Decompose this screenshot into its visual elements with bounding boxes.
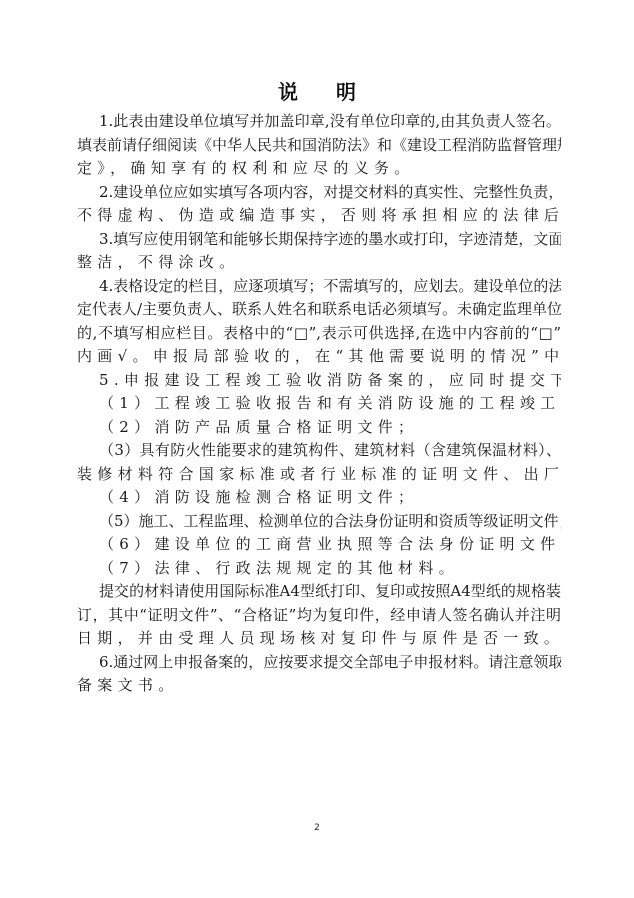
list-item-3-line-1: （3）具有防火性能要求的建筑构件、建筑材料（含建筑保温材料）、 — [77, 439, 561, 463]
document-page: 说明 1.此表由建设单位填写并加盖印章,没有单位印章的,由其负责人签名。 填表前… — [0, 0, 634, 898]
paragraph-4-line-4: 内画√。申报局部验收的，在“其他需要说明的情况”中注明。 — [77, 345, 561, 369]
submission-note-line-3: 日期，并由受理人员现场核对复印件与原件是否一致。 — [77, 627, 561, 651]
list-item-7: （7）法律、行政法规规定的其他材料。 — [77, 557, 561, 581]
paragraph-4-line-2: 定代表人/主要负责人、联系人姓名和联系电话必须填写。未确定监理单位 — [77, 298, 561, 322]
paragraph-3-line-2: 整洁，不得涂改。 — [77, 251, 561, 275]
paragraph-1-line-3: 定》，确知享有的权利和应尽的义务。 — [77, 157, 561, 181]
paragraph-1-line-1: 1.此表由建设单位填写并加盖印章,没有单位印章的,由其负责人签名。 — [77, 110, 561, 134]
list-item-3-line-2: 装修材料符合国家标准或者行业标准的证明文件、出厂合格证； — [77, 463, 561, 487]
paragraph-6-line-1: 6.通过网上申报备案的，应按要求提交全部电子申报材料。请注意领取 — [77, 651, 561, 675]
list-item-2: （2）消防产品质量合格证明文件； — [77, 416, 561, 440]
paragraph-1-line-2: 填表前请仔细阅读《中华人民共和国消防法》和《建设工程消防监督管理规 — [77, 134, 561, 158]
list-item-1: （1）工程竣工验收报告和有关消防设施的工程竣工图纸； — [77, 392, 561, 416]
paragraph-6-line-2: 备案文书。 — [77, 674, 561, 698]
page-number: 2 — [0, 823, 634, 833]
paragraph-4-line-1: 4.表格设定的栏目，应逐项填写；不需填写的，应划去。建设单位的法 — [77, 275, 561, 299]
instructions-body: 1.此表由建设单位填写并加盖印章,没有单位印章的,由其负责人签名。 填表前请仔细… — [77, 110, 561, 698]
paragraph-3-line-1: 3.填写应使用钢笔和能够长期保持字迹的墨水或打印，字迹清楚，文面 — [77, 228, 561, 252]
list-item-4: （4）消防设施检测合格证明文件； — [77, 486, 561, 510]
paragraph-5-heading: 5.申报建设工程竣工验收消防备案的，应同时提交下列材料： — [77, 369, 561, 393]
paragraph-2-line-1: 2.建设单位应如实填写各项内容，对提交材料的真实性、完整性负责， — [77, 181, 561, 205]
paragraph-2-line-2: 不得虚构、伪造或编造事实，否则将承担相应的法律后果。 — [77, 204, 561, 228]
submission-note-line-1: 提交的材料请使用国际标准A4型纸打印、复印或按照A4型纸的规格装 — [77, 580, 561, 604]
page-title: 说明 — [0, 76, 634, 105]
submission-note-line-2: 订，其中“证明文件”、“合格证”均为复印件，经申请人签名确认并注明 — [77, 604, 561, 628]
list-item-6: （6）建设单位的工商营业执照等合法身份证明文件； — [77, 533, 561, 557]
list-item-5: （5）施工、工程监理、检测单位的合法身份证明和资质等级证明文件； — [77, 510, 561, 534]
paragraph-4-line-3: 的,不填写相应栏目。表格中的“□”,表示可供选择,在选中内容前的“□” — [77, 322, 561, 346]
